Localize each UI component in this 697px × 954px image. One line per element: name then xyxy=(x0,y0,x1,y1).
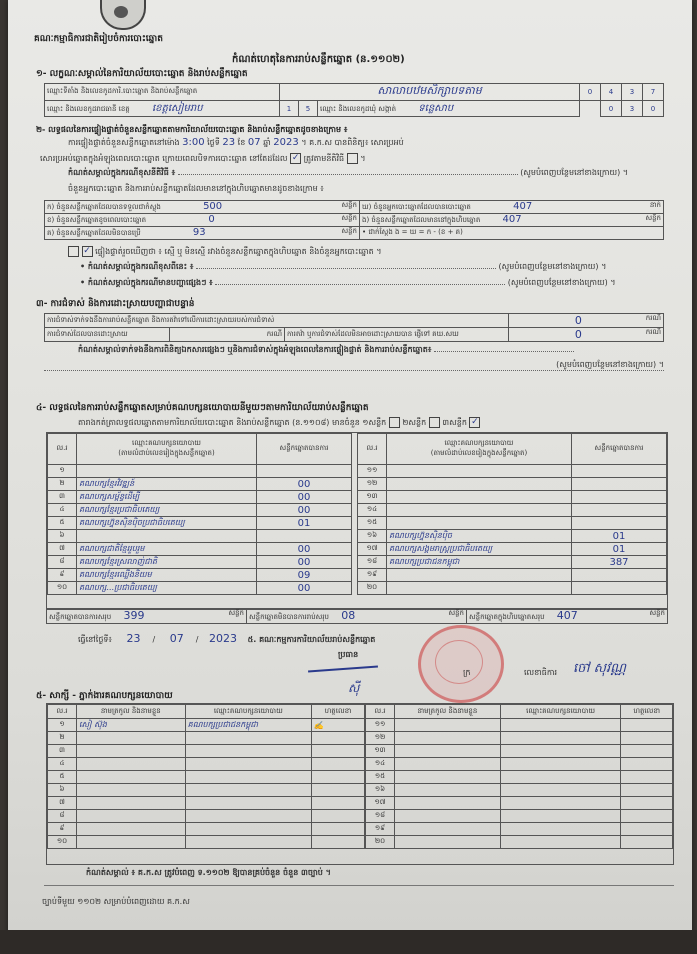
results-totals: សន្លឹកឆ្នោតបានការសរុប 399 សន្លឹក សន្លឹកឆ… xyxy=(46,608,668,624)
witness-signature: ✍ xyxy=(311,719,364,732)
witness-party: គណបក្សប្រជាជនកម្ពុជា xyxy=(185,719,311,732)
sign-month: 07 xyxy=(170,632,184,645)
count-month: 07 xyxy=(248,137,261,148)
col-name-header: នាមត្រកូល និងនាមខ្លួន xyxy=(395,705,501,719)
party-name xyxy=(387,465,572,478)
party-votes: 01 xyxy=(257,517,352,530)
location-code-3: 3 xyxy=(622,84,643,101)
party-name xyxy=(387,582,572,595)
not-equal-checkbox[interactable] xyxy=(68,246,79,257)
equal-checkbox[interactable]: ✓ xyxy=(82,246,93,257)
witness-party xyxy=(185,771,311,784)
location-code-2: 4 xyxy=(601,84,622,101)
row-number: ១០ xyxy=(48,836,77,849)
one-sheet-checkbox[interactable] xyxy=(389,417,400,428)
row-number: ៦ xyxy=(48,530,77,543)
table-row: ២គណបក្សខ្មែរវិវឌ្ឍន៍00 xyxy=(48,478,352,491)
results-half-table: ល.រឈ្មោះគណបក្សនយោបាយ(តាមលំដាប់លេខរៀងក្នុ… xyxy=(357,433,667,595)
total-valid: 399 xyxy=(123,609,144,622)
row-number: ៥ xyxy=(48,771,77,784)
witness-half-table: ល.រនាមត្រកូល និងនាមខ្លួនឈ្មោះគណបក្សនយោបា… xyxy=(47,704,365,849)
row-number: ១៣ xyxy=(358,491,387,504)
table-row: ៦ xyxy=(48,530,352,543)
row-number: ១១ xyxy=(358,465,387,478)
row-number: ២ xyxy=(48,478,77,491)
count-day: 23 xyxy=(222,137,235,148)
party-name xyxy=(387,569,572,582)
summary-intro: ចំនួនអ្នកបោះឆ្នោត និងការរាប់សន្លឹកឆ្នោតដ… xyxy=(68,184,324,194)
witness-name xyxy=(77,823,186,836)
two-sheet-checkbox[interactable] xyxy=(429,417,440,428)
table-row: ១៨គណបក្សប្រជាជនកម្ពុជា387 xyxy=(358,556,667,569)
total-in-box: 407 xyxy=(557,609,578,622)
table-row: ១៨ xyxy=(366,810,673,823)
witness-party xyxy=(185,784,311,797)
witness-signature xyxy=(621,797,673,810)
table-row: ១៧គណបក្សសង្គមរាស្ត្រប្រជាធិបតេយ្យ01 xyxy=(358,543,667,556)
forwarded-count: 0 xyxy=(575,328,582,341)
row-number: ៥ xyxy=(48,517,77,530)
row-number: ១ xyxy=(48,465,77,478)
party-name xyxy=(387,504,572,517)
row-number: ១១ xyxy=(366,719,395,732)
witness-signature xyxy=(311,823,364,836)
table-row: ១២ xyxy=(358,478,667,491)
row-number: ៩ xyxy=(48,569,77,582)
party-votes xyxy=(572,582,667,595)
witness-name xyxy=(395,758,501,771)
secretary-signature: ចៅ សុវណ្ណ xyxy=(573,660,626,679)
party-votes xyxy=(572,569,667,582)
ballots-in-box: 407 xyxy=(503,214,522,225)
row-number: ១០ xyxy=(48,582,77,595)
summary-row: គ) ចំនួនសន្លឹកឆ្នោតដែលមិនបានប្រើ 93សន្លឹ… xyxy=(45,227,664,240)
section1-table: ឈ្មោះទីតាំង និងលេខកូដការិ.បោះឆ្នោត និងរា… xyxy=(44,83,664,117)
witness-name xyxy=(77,810,186,823)
witness-name xyxy=(395,836,501,849)
col-sign-header: ហត្ថលេខា xyxy=(621,705,673,719)
witness-name: សៀ ស៊ុង xyxy=(77,719,186,732)
sign-year: 2023 xyxy=(209,632,237,645)
witness-name xyxy=(77,836,186,849)
col-no-header: ល.រ xyxy=(358,434,387,465)
table-row: ៨គណបក្សខ្មែរស្រលាញ់ជាតិ00 xyxy=(48,556,352,569)
row-number: ៧ xyxy=(48,543,77,556)
party-name: គណបក្សហ្វ៊ុនស៊ិនប៉ិច xyxy=(387,530,572,543)
witness-party xyxy=(185,823,311,836)
objection-note-suffix: (សូមបំពេញបន្ថែមនៅខាងក្រោយ) ។ xyxy=(44,360,664,371)
party-votes: 01 xyxy=(572,543,667,556)
witness-party xyxy=(185,797,311,810)
witness-signature xyxy=(311,758,364,771)
party-votes: 09 xyxy=(257,569,352,582)
row-number: ១ xyxy=(48,719,77,732)
table-row: ៩គណបក្សខ្មែរឈ្លើងនិយម09 xyxy=(48,569,352,582)
party-name: គណបក្សខ្មែរវិវឌ្ឍន៍ xyxy=(77,478,257,491)
row-number: ៩ xyxy=(48,823,77,836)
witness-name xyxy=(77,758,186,771)
note-line-3: • កំណត់សម្គាល់ក្នុងករណីមានបញ្ហាផ្សេងៗ ៖ … xyxy=(80,278,660,288)
form-page: គណៈកម្មាធិការជាតិរៀបចំការបោះឆ្នោត កំណត់ហ… xyxy=(8,0,692,935)
table-row: ២០ xyxy=(358,582,667,595)
row-number: ១៧ xyxy=(366,797,395,810)
results-table: ល.រឈ្មោះគណបក្សនយោបាយ(តាមលំដាប់លេខរៀងក្នុ… xyxy=(46,432,668,610)
witness-party xyxy=(185,732,311,745)
witness-signature xyxy=(621,719,673,732)
witness-name xyxy=(395,771,501,784)
row-number: ៤ xyxy=(48,758,77,771)
province-code-1: 1 xyxy=(280,101,299,117)
table-row: ១ xyxy=(48,465,352,478)
col-no-header: ល.រ xyxy=(48,705,77,719)
party-name xyxy=(77,465,257,478)
row-number: ២ xyxy=(48,732,77,745)
table-row: ៧គណបក្សជាតិខ្មែររួបរួម00 xyxy=(48,543,352,556)
table-row: ១០ xyxy=(48,836,365,849)
signing-date: ធ្វើនៅថ្ងៃទី៖ 23/ 07/ 2023 ៥. គណៈកម្មការ… xyxy=(78,634,375,645)
table-row: ៣គណបក្សសម្ព័ន្ធដើម្បី00 xyxy=(48,491,352,504)
member-signature: ស៊ី xyxy=(348,680,359,698)
witness-party xyxy=(500,758,621,771)
row-number: ៣ xyxy=(48,491,77,504)
seal-check-line: សោរប្រអប់ឆ្នោតក្នុងអំឡុងពេលបោះឆ្នោត ក្រោ… xyxy=(40,153,365,164)
party-votes: 01 xyxy=(572,530,667,543)
witness-party xyxy=(500,823,621,836)
row-number: ៨ xyxy=(48,810,77,823)
party-votes xyxy=(257,465,352,478)
table-row: ១សៀ ស៊ុងគណបក្សប្រជាជនកម្ពុជា✍ xyxy=(48,719,365,732)
commune-code-3: 0 xyxy=(643,101,664,117)
party-name xyxy=(387,517,572,530)
table-row: ១៧ xyxy=(366,797,673,810)
table-row: ៨ xyxy=(48,810,365,823)
table-row: ១៦ xyxy=(366,784,673,797)
compare-line: ✓ ផ្ទៀងផ្ទាត់រួចឃើញថា ៖ ស្មើ ឬ មិនស្មើ រ… xyxy=(68,246,382,257)
resolved-label: ការជំទាស់ដែលបានដោះស្រាយ xyxy=(45,328,170,342)
row-number: ១៨ xyxy=(366,810,395,823)
col-party-header: ឈ្មោះគណបក្សនយោបាយ(តាមលំដាប់លេខរៀងក្នុងសន… xyxy=(77,434,257,465)
official-stamp xyxy=(418,625,504,703)
table-row: ១៣ xyxy=(366,745,673,758)
witness-signature xyxy=(311,745,364,758)
table-row: ១១ xyxy=(366,719,673,732)
procedure-not-ok-checkbox[interactable] xyxy=(347,153,358,164)
province-code-2: 5 xyxy=(299,101,318,117)
witness-party xyxy=(500,732,621,745)
row-number: ១២ xyxy=(366,732,395,745)
location-code-4: 7 xyxy=(643,84,664,101)
table-row: ១០គណបក្ស...ប្រជាធិបតេយ្យ00 xyxy=(48,582,352,595)
witness-name xyxy=(395,810,501,823)
three-sheet-checkbox[interactable]: ✓ xyxy=(469,417,480,428)
commune-value: ទន្លេសាប xyxy=(418,103,453,114)
witness-party xyxy=(500,784,621,797)
witness-signature xyxy=(311,732,364,745)
count-time: 3:00 xyxy=(182,137,204,148)
col-no-header: ល.រ xyxy=(48,434,77,465)
party-votes xyxy=(572,491,667,504)
chair-signature xyxy=(308,666,378,673)
location-label: ឈ្មោះទីតាំង និងលេខកូដការិ.បោះឆ្នោត និងរា… xyxy=(45,84,280,101)
ballots-received: 500 xyxy=(203,201,222,212)
summary-row: ក) ចំនួនសន្លឹកឆ្នោតដែលបានទទួលជាកំស្លុង 5… xyxy=(45,201,664,214)
count-year: 2023 xyxy=(273,137,298,148)
note-line-1: កំណត់សម្គាល់ក្នុងករណីខុសនីតិវិធី ៖ (សូមប… xyxy=(68,168,668,178)
witness-name xyxy=(395,823,501,836)
table-row: ១២ xyxy=(366,732,673,745)
table-row: ១៣ xyxy=(358,491,667,504)
witness-name xyxy=(395,745,501,758)
witness-party xyxy=(185,836,311,849)
party-votes xyxy=(572,517,667,530)
table-row: ១៤ xyxy=(358,504,667,517)
col-votes-header: សន្លឹកឆ្នោតបានការ xyxy=(572,434,667,465)
table-row: ៣ xyxy=(48,745,365,758)
province-value: ខេត្តសៀមរាប xyxy=(152,103,203,114)
sheet-count-line: តារាងកត់ត្រាលទ្ធផលឆ្នោតតាមការិយាល័យបោះឆ្… xyxy=(78,417,480,428)
table-row: ៩ xyxy=(48,823,365,836)
witness-party xyxy=(185,758,311,771)
ballots-unused: 93 xyxy=(193,227,206,238)
party-votes: 387 xyxy=(572,556,667,569)
footnote: កំណត់សម្គាល់ ៖ គ.ក.ស ត្រូវបំពេញ ទ.១១០២ ឱ… xyxy=(86,868,331,878)
formula: • ជាក់ស្តែង ង = ឃ = ក - (ខ + គ) xyxy=(362,228,463,236)
row-number: ១៥ xyxy=(366,771,395,784)
witness-signature xyxy=(621,745,673,758)
divider xyxy=(44,885,674,886)
witness-signature xyxy=(621,784,673,797)
procedure-ok-checkbox[interactable]: ✓ xyxy=(290,153,301,164)
table-row: ២ xyxy=(48,732,365,745)
footer-note: ច្បាប់ទីមួយ ១១០២ សម្រាប់បំពេញដោយ គ.ក.ស xyxy=(42,897,190,907)
ballots-spoiled: 0 xyxy=(208,214,214,225)
chair-label: ប្រធាន xyxy=(338,650,358,660)
row-number: ៦ xyxy=(48,784,77,797)
party-name: គណបក្សជាតិខ្មែររួបរួម xyxy=(77,543,257,556)
row-number: ១៩ xyxy=(358,569,387,582)
member-label: ក្រ xyxy=(463,668,470,678)
section5-heading: ៥- សាក្សី - ភ្នាក់ងារគណបក្សនយោបាយ xyxy=(36,690,173,703)
col-party-header: ឈ្មោះគណបក្សនយោបាយ xyxy=(500,705,621,719)
table-row: ១៥ xyxy=(366,771,673,784)
witness-name xyxy=(77,732,186,745)
party-votes xyxy=(572,504,667,517)
witness-signature xyxy=(311,836,364,849)
row-number: ១៣ xyxy=(366,745,395,758)
summary-row: ខ) ចំនួនសន្លឹកឆ្នោតខូចពេលបោះឆ្នោត 0សន្លឹ… xyxy=(45,214,664,227)
note-line-2: • កំណត់សម្គាល់ក្នុងករណីខុសពីនេះ ៖ (សូមបំ… xyxy=(80,262,660,272)
witness-party xyxy=(500,797,621,810)
emblem-logo xyxy=(100,0,146,30)
witness-signature xyxy=(311,797,364,810)
results-half-table: ល.រឈ្មោះគណបក្សនយោបាយ(តាមលំដាប់លេខរៀងក្នុ… xyxy=(47,433,352,595)
row-number: ២០ xyxy=(358,582,387,595)
row-number: ១៦ xyxy=(366,784,395,797)
row-number: ១៤ xyxy=(358,504,387,517)
witness-name xyxy=(77,771,186,784)
witness-half-table: ល.រនាមត្រកូល និងនាមខ្លួនឈ្មោះគណបក្សនយោបា… xyxy=(365,704,673,849)
party-votes: 00 xyxy=(257,478,352,491)
section4-heading: ៤- លទ្ធផលនៃការរាប់សន្លឹកឆ្នោតសម្រាប់គណបក… xyxy=(36,402,369,415)
col-votes-header: សន្លឹកឆ្នោតបានការ xyxy=(257,434,352,465)
row-number: ១៦ xyxy=(358,530,387,543)
row-number: ១៧ xyxy=(358,543,387,556)
row-number: ៣ xyxy=(48,745,77,758)
table-row: ៤ xyxy=(48,758,365,771)
party-votes xyxy=(257,530,352,543)
party-name xyxy=(77,530,257,543)
count-time-line: ការផ្ទៀងផ្ទាត់ចំនួនសន្លឹកឆ្នោតនៅម៉ោង 3:0… xyxy=(68,138,404,148)
witness-signature xyxy=(621,771,673,784)
commune-label: ឈ្មោះ និងលេខកូដឃុំ សង្កាត់ xyxy=(320,105,396,113)
witness-party xyxy=(500,719,621,732)
table-row: ៥គណបក្សហ្វ៊ុនស៊ិនប៉ិចប្រជាធិបតេយ្យ01 xyxy=(48,517,352,530)
party-name xyxy=(387,478,572,491)
party-name: គណបក្សខ្មែរឈ្លើងនិយម xyxy=(77,569,257,582)
witness-signature xyxy=(621,732,673,745)
witness-signature xyxy=(311,771,364,784)
col-name-header: នាមត្រកូល និងនាមខ្លួន xyxy=(77,705,186,719)
row-number: ១៤ xyxy=(366,758,395,771)
party-votes: 00 xyxy=(257,543,352,556)
table-row: ១៥ xyxy=(358,517,667,530)
commune-code-1: 0 xyxy=(601,101,622,117)
form-title: កំណត់ហេតុនៃការរាប់សន្លឹកឆ្នោត (ន.១១០២) xyxy=(232,52,405,67)
col-party-header: ឈ្មោះគណបក្សនយោបាយ xyxy=(185,705,311,719)
sign-day: 23 xyxy=(127,632,141,645)
section3-heading: ៣- ការជំទាស់ និងការដោះស្រាយបញ្ហាជាបន្ទាន… xyxy=(36,298,194,311)
objection-label: ការជំទាស់ទាក់ទងនឹងការរាប់សន្លឹកឆ្នោត និង… xyxy=(45,314,509,328)
voters-count: 407 xyxy=(513,201,532,212)
commune-code-2: 3 xyxy=(622,101,643,117)
party-name: គណបក្សខ្មែរប្រជាធិបតេយ្យ xyxy=(77,504,257,517)
province-label: ឈ្មោះ និងលេខកូដរាជធានី ខេត្ត xyxy=(47,105,130,113)
witness-party xyxy=(500,745,621,758)
party-votes: 00 xyxy=(257,582,352,595)
party-name: គណបក្ស...ប្រជាធិបតេយ្យ xyxy=(77,582,257,595)
witness-signature xyxy=(621,810,673,823)
party-votes: 00 xyxy=(257,504,352,517)
row-number: ៧ xyxy=(48,797,77,810)
row-number: ៤ xyxy=(48,504,77,517)
row-number: ២០ xyxy=(366,836,395,849)
table-row: ៤គណបក្សខ្មែរប្រជាធិបតេយ្យ00 xyxy=(48,504,352,517)
witness-signature xyxy=(621,823,673,836)
row-number: ១៨ xyxy=(358,556,387,569)
objections-table: ការជំទាស់ទាក់ទងនឹងការរាប់សន្លឹកឆ្នោត និង… xyxy=(44,313,664,342)
row-number: ១២ xyxy=(358,478,387,491)
location-code-1: 0 xyxy=(580,84,601,101)
witness-party xyxy=(500,810,621,823)
secretary-label: លេខាធិការ xyxy=(524,668,557,678)
party-votes xyxy=(572,478,667,491)
party-name: គណបក្សហ្វ៊ុនស៊ិនប៉ិចប្រជាធិបតេយ្យ xyxy=(77,517,257,530)
party-name: គណបក្សសង្គមរាស្ត្រប្រជាធិបតេយ្យ xyxy=(387,543,572,556)
witness-name xyxy=(395,797,501,810)
witness-signature xyxy=(621,758,673,771)
party-name: គណបក្សខ្មែរស្រលាញ់ជាតិ xyxy=(77,556,257,569)
org-name: គណៈកម្មាធិការជាតិរៀបចំការបោះឆ្នោត xyxy=(34,33,163,46)
witness-name xyxy=(395,719,501,732)
section2-heading: ២- លទ្ធផលនៃការផ្ទៀងផ្ទាត់ចំនួនសន្លឹកឆ្នោ… xyxy=(36,124,347,136)
party-name xyxy=(387,491,572,504)
table-row: ១៩ xyxy=(366,823,673,836)
forwarded-label: ការតវ៉ា ឬការជំទាស់ដែលមិនអាចដោះស្រាយបាន ផ… xyxy=(285,328,509,342)
table-row: ១៤ xyxy=(366,758,673,771)
col-sign-header: ហត្ថលេខា xyxy=(311,705,364,719)
section1-heading: ១- លក្ខណៈសម្គាល់នៃការិយាល័យបោះឆ្នោត និងរ… xyxy=(36,68,248,81)
party-votes: 00 xyxy=(257,556,352,569)
table-row: ១៦គណបក្សហ្វ៊ុនស៊ិនប៉ិច01 xyxy=(358,530,667,543)
witness-signature xyxy=(621,836,673,849)
witness-name xyxy=(77,784,186,797)
objection-note: កំណត់សម្គាល់ទាក់ទងនឹងការពិនិត្យឯកសារផ្សេ… xyxy=(78,345,668,355)
total-invalid: 08 xyxy=(341,609,355,622)
location-value: សាលាបឋមសិក្សាបទតាម xyxy=(377,84,481,97)
row-number: ១៩ xyxy=(366,823,395,836)
table-row: ៥ xyxy=(48,771,365,784)
party-votes: 00 xyxy=(257,491,352,504)
witness-signature xyxy=(311,810,364,823)
witness-name xyxy=(395,784,501,797)
witness-signature xyxy=(311,784,364,797)
table-row: ១១ xyxy=(358,465,667,478)
witness-name xyxy=(77,797,186,810)
objection-count: 0 xyxy=(575,314,582,327)
witness-party xyxy=(500,771,621,784)
witness-party xyxy=(185,810,311,823)
witness-party xyxy=(185,745,311,758)
witness-party xyxy=(500,836,621,849)
table-row: ៧ xyxy=(48,797,365,810)
table-row: ៦ xyxy=(48,784,365,797)
table-row: ១៩ xyxy=(358,569,667,582)
witness-name xyxy=(395,732,501,745)
witness-name xyxy=(77,745,186,758)
row-number: ៨ xyxy=(48,556,77,569)
row-number: ១៥ xyxy=(358,517,387,530)
witness-table: ល.រនាមត្រកូល និងនាមខ្លួនឈ្មោះគណបក្សនយោបា… xyxy=(46,703,674,865)
party-name: គណបក្សសម្ព័ន្ធដើម្បី xyxy=(77,491,257,504)
ballot-summary-table: ក) ចំនួនសន្លឹកឆ្នោតដែលបានទទួលជាកំស្លុង 5… xyxy=(44,200,664,240)
party-votes xyxy=(572,465,667,478)
col-party-header: ឈ្មោះគណបក្សនយោបាយ(តាមលំដាប់លេខរៀងក្នុងសន… xyxy=(387,434,572,465)
background-surface xyxy=(0,930,697,954)
col-no-header: ល.រ xyxy=(366,705,395,719)
party-name: គណបក្សប្រជាជនកម្ពុជា xyxy=(387,556,572,569)
table-row: ២០ xyxy=(366,836,673,849)
